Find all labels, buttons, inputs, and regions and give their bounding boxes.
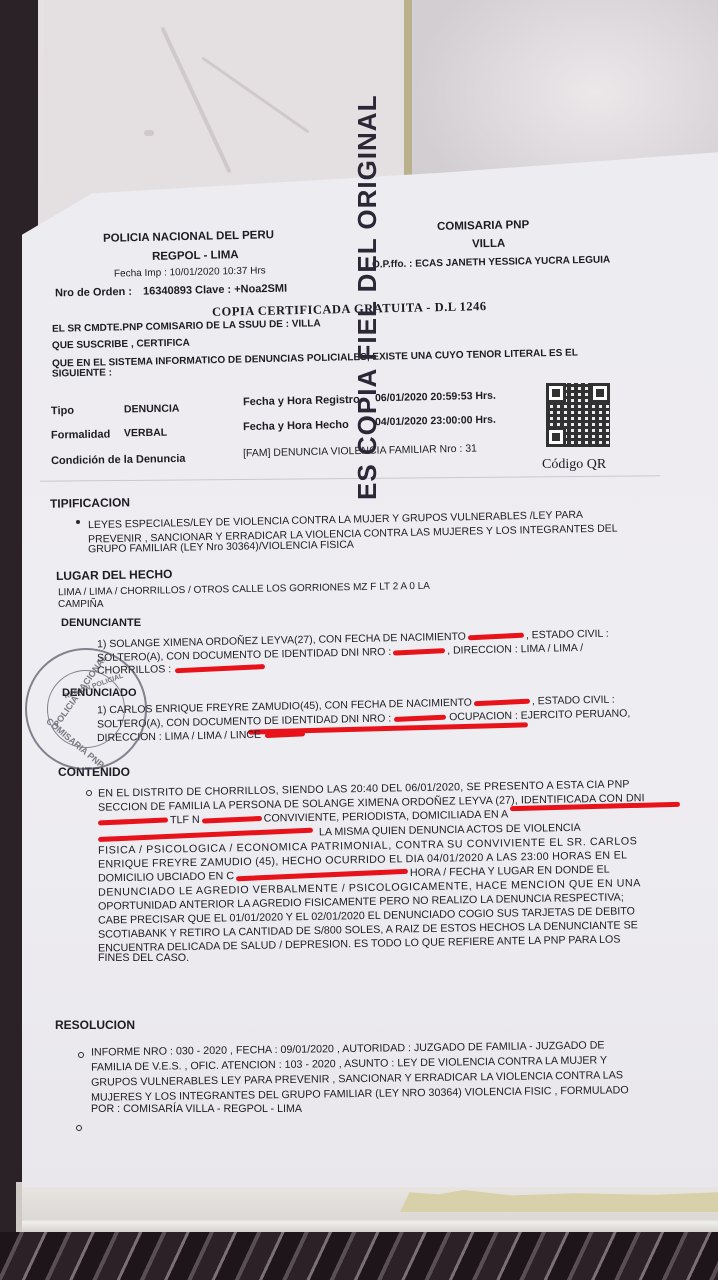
redaction-mark	[265, 731, 305, 738]
order-label: Nro de Orden :	[55, 286, 132, 300]
summary-divider	[40, 475, 660, 481]
org-name: POLICIA NACIONAL DEL PERU	[103, 228, 274, 246]
lugar-heading: LUGAR DEL HECHO	[56, 567, 173, 583]
registro-label: Fecha y Hora Registro	[243, 393, 360, 409]
registro-value: 06/01/2020 20:59:53 Hrs.	[375, 389, 496, 406]
lugar-line: LIMA / LIMA / CHORRILLOS / OTROS CALLE L…	[58, 580, 430, 600]
hecho-label: Fecha y Hora Hecho	[243, 418, 349, 434]
redaction-mark	[393, 648, 445, 655]
officer-name: O.P.ffo. : ECAS JANETH YESSICA YUCRA LEG…	[372, 254, 610, 273]
resolucion-line: POR : COMISARÍA VILLA - REGPOL - LIMA	[91, 1102, 302, 1116]
redaction-mark	[474, 698, 530, 706]
redaction-mark	[98, 817, 168, 825]
document-title: COPIA CERTIFICADA GRATUITA - D.L 1246	[212, 299, 487, 319]
intro-line-2: QUE SUSCRIBE , CERTIFICA	[52, 337, 190, 354]
resolucion-heading: RESOLUCION	[55, 1018, 135, 1032]
bullet	[76, 1125, 82, 1131]
formalidad-value: VERBAL	[124, 426, 167, 441]
qr-caption: Código QR	[542, 458, 606, 472]
lugar-line: CAMPIÑA	[58, 598, 104, 612]
bullet	[76, 520, 80, 524]
station-district: VILLA	[472, 237, 506, 252]
condicion-label: Condición de la Denuncia	[51, 452, 186, 468]
intro-line-4: SIGUIENTE :	[52, 366, 112, 381]
certification-stamp: ES COPIA FIEL DEL ORIGINAL	[360, 95, 374, 500]
tipo-value: DENUNCIA	[124, 402, 180, 417]
police-seal: POLICIA NACIONAL COMISARIA PNP REGION PO…	[25, 648, 147, 770]
order-value: 16340893 Clave : +Noa2SMI	[143, 283, 287, 298]
tipificacion-heading: TIPIFICACION	[50, 495, 130, 510]
intro-line-1: EL SR CMDTE.PNP COMISARIO DE LA SSUU DE …	[52, 317, 321, 337]
tipo-label: Tipo	[51, 404, 74, 418]
redaction-mark	[202, 816, 262, 824]
redaction-mark	[468, 632, 524, 640]
bullet	[78, 1052, 84, 1058]
redaction-mark	[394, 714, 446, 721]
order-number: Nro de Orden : 16340893 Clave : +Noa2SMI	[55, 282, 287, 301]
org-region: REGPOL - LIMA	[152, 248, 239, 264]
hecho-value: 04/01/2020 23:00:00 Hrs.	[375, 413, 496, 430]
contenido-line: FINES DEL CASO.	[98, 951, 189, 965]
formalidad-label: Formalidad	[51, 427, 111, 442]
denunciante-heading: DENUNCIANTE	[61, 616, 141, 630]
redaction-mark	[236, 868, 408, 880]
bullet	[86, 790, 92, 796]
redaction-mark	[175, 664, 265, 673]
document-content: POLICIA NACIONAL DEL PERU REGPOL - LIMA …	[0, 0, 718, 1280]
station-name: COMISARIA PNP	[437, 218, 530, 234]
print-date: Fecha Imp : 10/01/2020 10:37 Hrs	[114, 264, 266, 281]
qr-code	[546, 383, 610, 447]
